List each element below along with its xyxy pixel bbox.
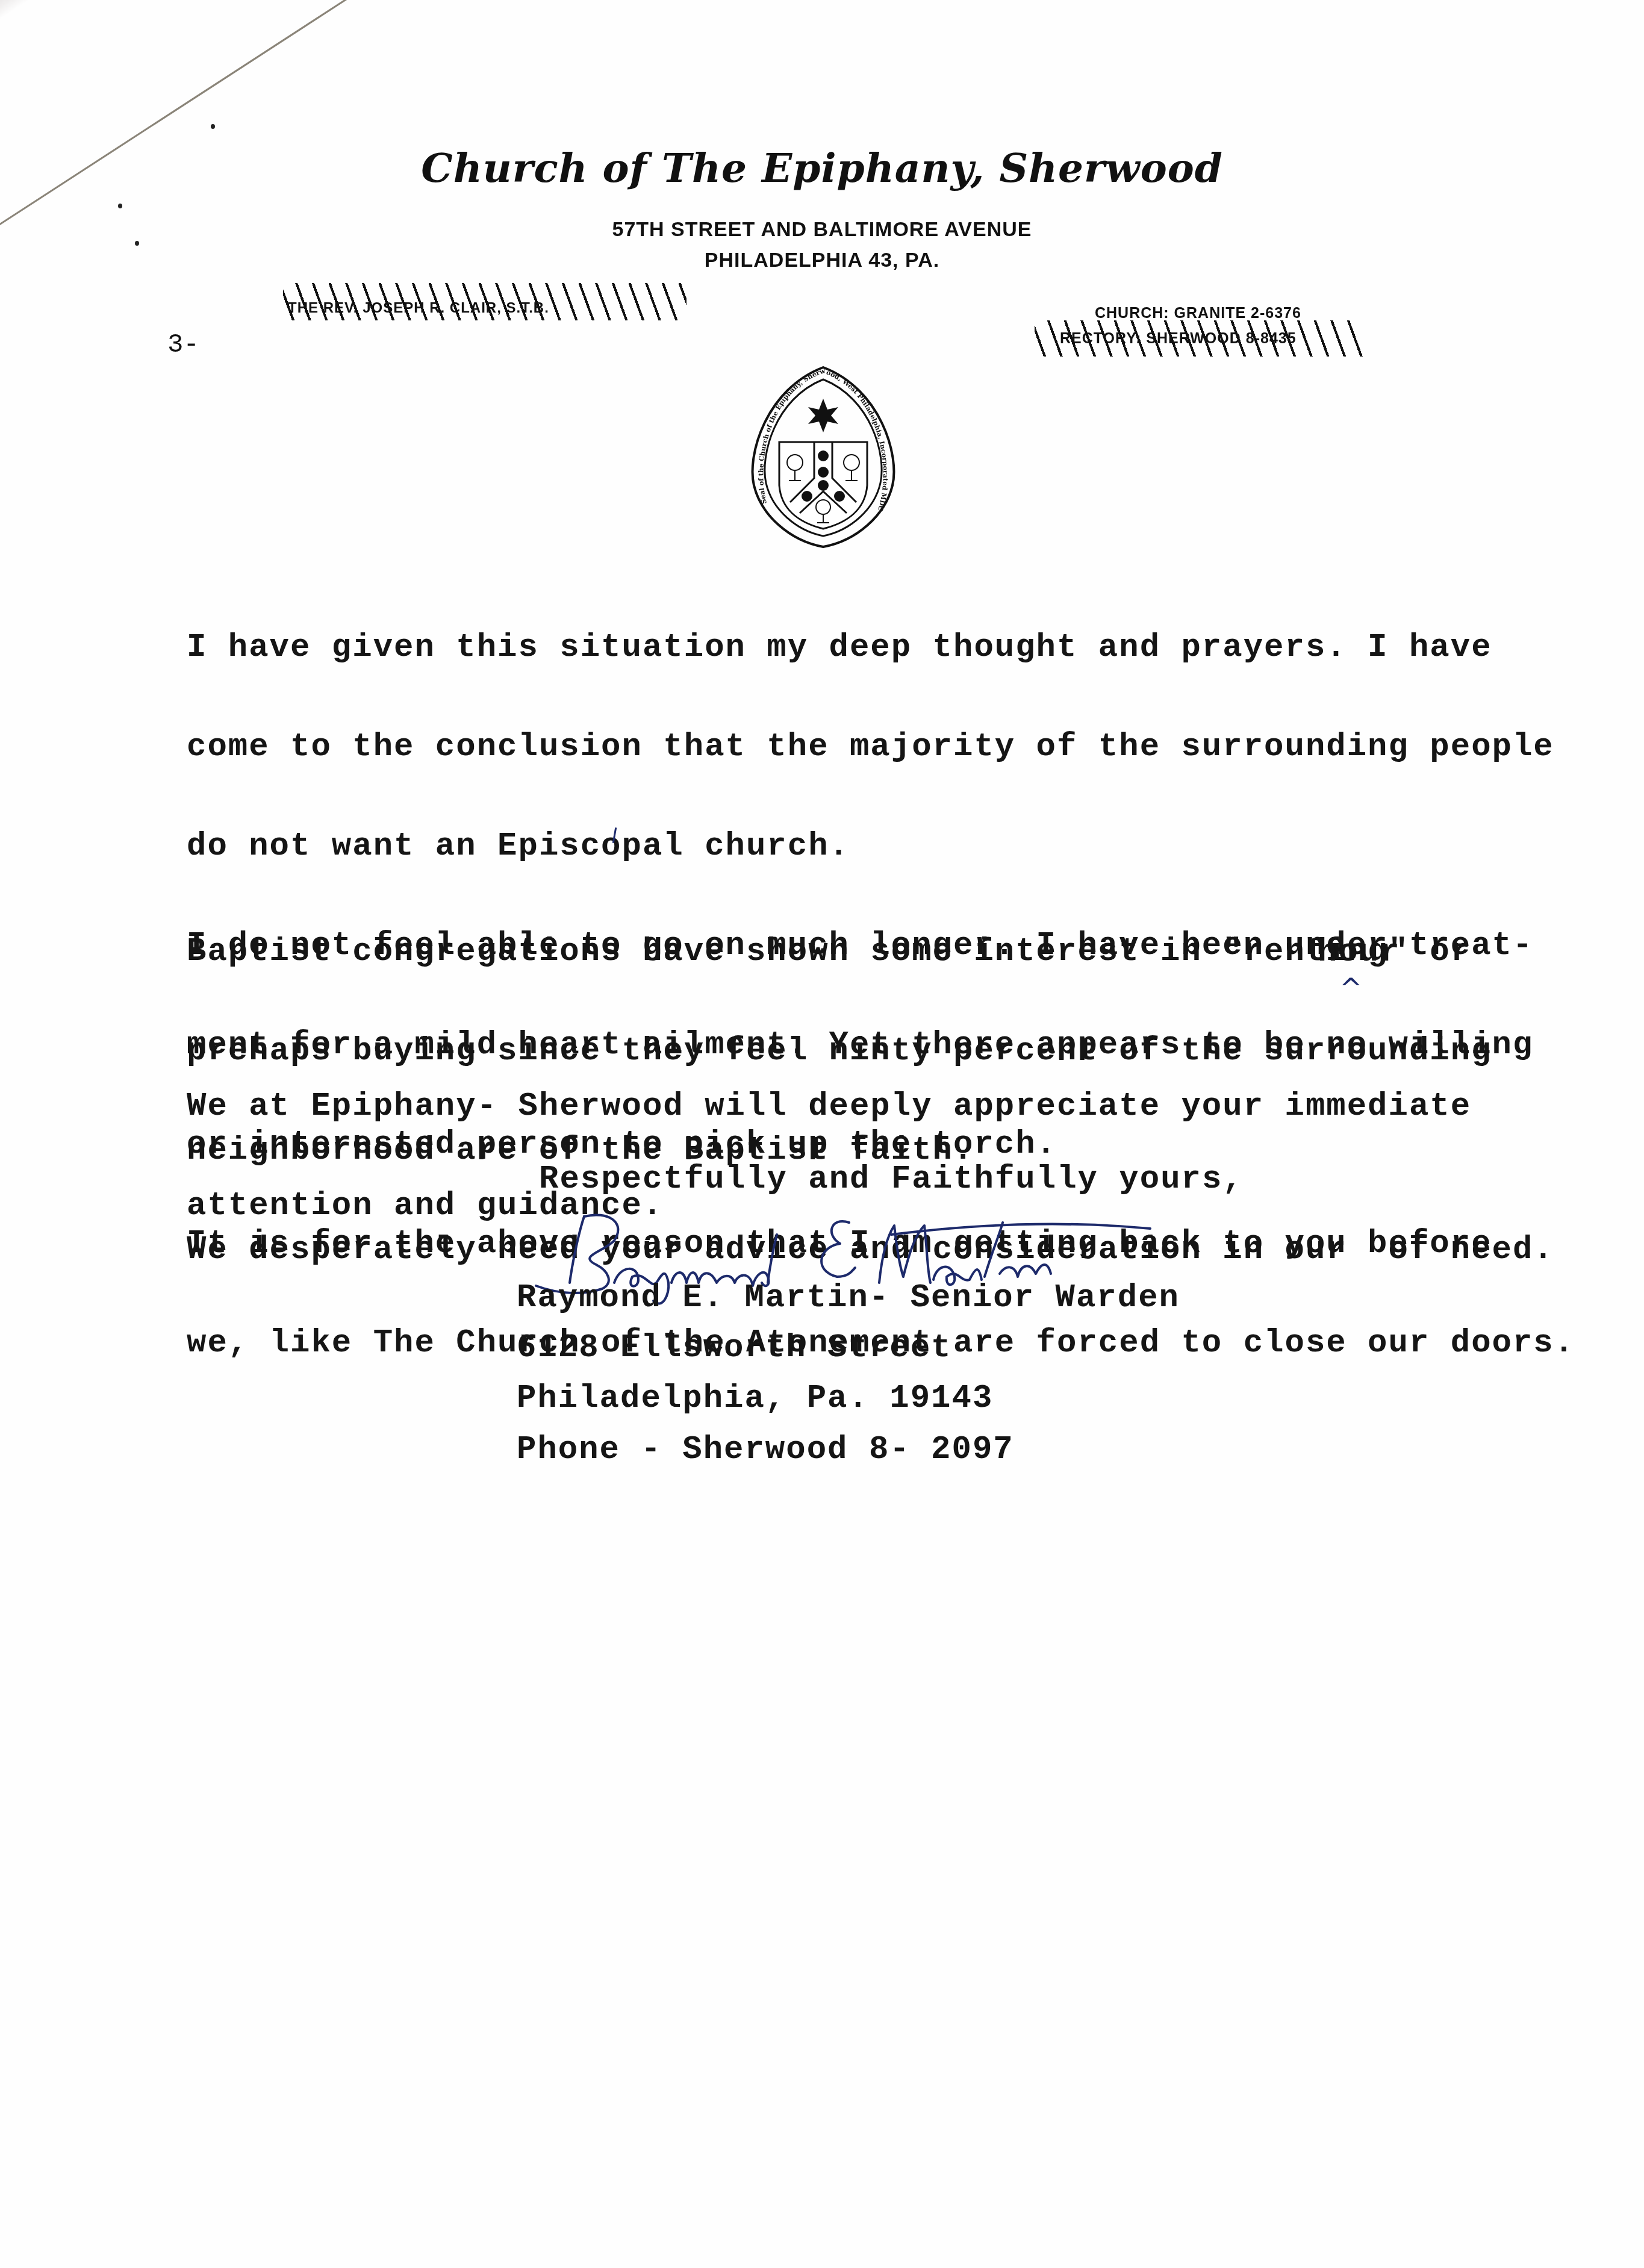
body-line: do not want an Episcopal church. xyxy=(187,830,1575,863)
signer-street: 6128 Ellsworth Street xyxy=(517,1330,952,1366)
letterhead-title: Church of The Epiphany, Sherwood xyxy=(0,145,1644,192)
body-line: We at Epiphany- Sherwood will deeply app… xyxy=(187,1090,1471,1123)
paper-fold-shadow xyxy=(0,0,353,84)
paper-fold-edge xyxy=(0,0,367,237)
letter-page: Church of The Epiphany, Sherwood 57TH ST… xyxy=(0,0,1644,2268)
signer-name-title: Raymond E. Martin- Senior Warden xyxy=(517,1280,1180,1316)
speck xyxy=(211,124,215,129)
insertion-caret: ^ xyxy=(1339,972,1363,1005)
strikethrough-hatching xyxy=(283,283,687,320)
church-seal-icon: Seal of the Church of the Epiphany, Sher… xyxy=(742,365,905,549)
body-line: come to the conclusion that the majority… xyxy=(187,731,1575,764)
letterhead-city: PHILADELPHIA 43, PA. xyxy=(0,249,1644,272)
page-number: 3- xyxy=(167,330,199,360)
body-line: I have given this situation my deep thou… xyxy=(187,631,1575,664)
inserted-word: hour xyxy=(1318,934,1401,971)
letterhead-church-phone: CHURCH: GRANITE 2-6376 xyxy=(1095,305,1301,322)
speck xyxy=(135,241,139,246)
valediction: Respectfully and Faithfully yours, xyxy=(539,1161,1244,1198)
letterhead-address: 57TH STREET AND BALTIMORE AVENUE xyxy=(0,218,1644,241)
signer-city: Philadelphia, Pa. 19143 xyxy=(517,1380,993,1417)
strikethrough-hatching xyxy=(1035,320,1363,357)
signer-phone: Phone - Sherwood 8- 2097 xyxy=(517,1432,1014,1468)
speck xyxy=(118,204,122,208)
